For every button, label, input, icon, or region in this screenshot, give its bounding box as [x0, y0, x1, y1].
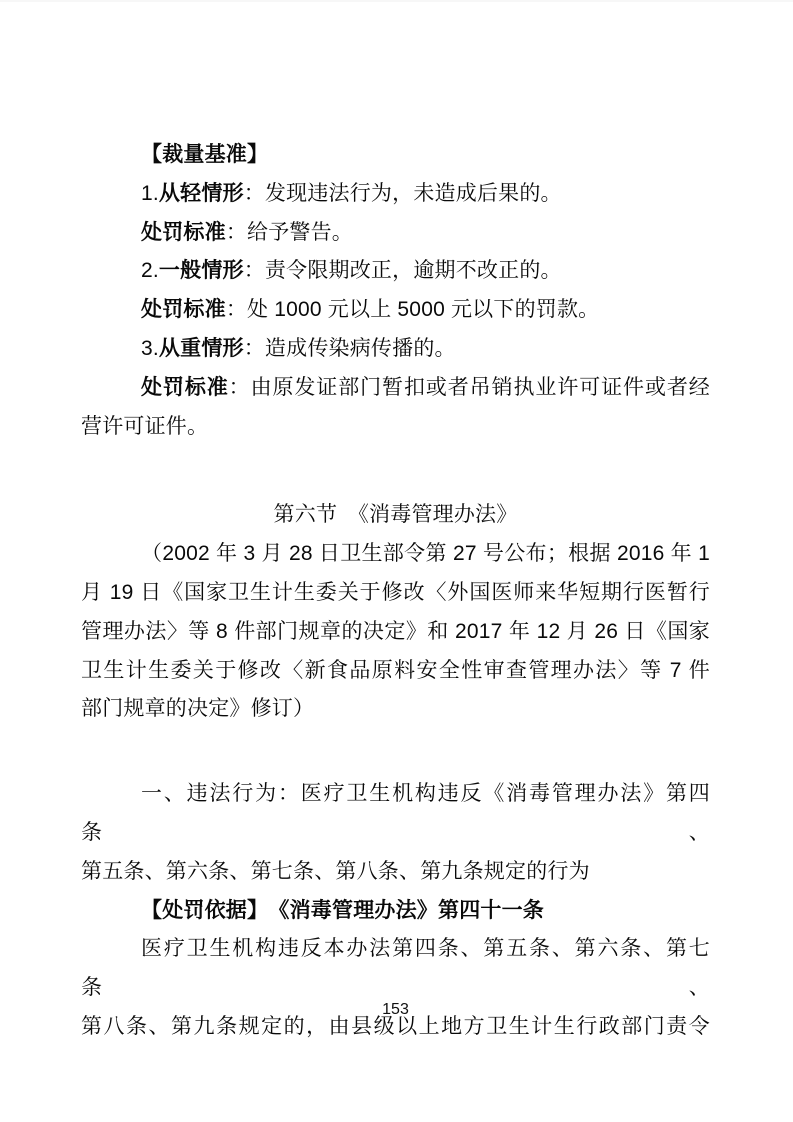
penalty-standard-3: 处罚标准：由原发证部门暂扣或者吊销执业许可证件或者经: [81, 369, 710, 408]
text-run: 第五条、第六条、第七条、第八条、第九条规定的行为: [81, 860, 590, 883]
text-run: 部门规章的决定》修订）: [81, 697, 314, 720]
text-run: ：由原发证部门暂扣或者吊销执业许可证件或者经: [229, 376, 710, 399]
document-body: 【裁量基准】1.从轻情形：发现违法行为，未造成后果的。处罚标准：给予警告。2.一…: [81, 136, 710, 1047]
text-run: 3.: [141, 337, 159, 360]
page-top-edge: [0, 0, 793, 2]
text-run: ：处 1000 元以上 5000 元以下的罚款。: [226, 298, 600, 321]
violation-line-1: 一、违法行为：医疗卫生机构违反《消毒管理办法》第四条、: [81, 775, 710, 853]
document-page: 【裁量基准】1.从轻情形：发现违法行为，未造成后果的。处罚标准：给予警告。2.一…: [0, 0, 793, 1122]
basis-body-line-1: 医疗卫生机构违反本办法第四条、第五条、第六条、第七条、: [81, 930, 710, 1008]
bold-text-run: 【处罚依据】 《消毒管理办法》第四十一条: [141, 899, 544, 922]
promulgation-note-line-4: 卫生计生委关于修改〈新食品原料安全性审查管理办法〉等 7 件: [81, 652, 710, 691]
text-run: 1.: [141, 182, 159, 205]
item-3-severe: 3.从重情形：造成传染病传播的。: [81, 330, 710, 369]
text-run: 一、违法行为：医疗卫生机构违反《消毒管理办法》第四条、: [81, 782, 710, 844]
text-run: ：给予警告。: [226, 221, 353, 244]
promulgation-note-line-5: 部门规章的决定》修订）: [81, 690, 710, 729]
penalty-basis-heading: 【处罚依据】 《消毒管理办法》第四十一条: [81, 892, 710, 931]
text-run: 卫生计生委关于修改〈新食品原料安全性审查管理办法〉等 7 件: [81, 659, 710, 682]
text-run: （2002 年 3 月 28 日卫生部令第 27 号公布；根据 2016 年 1: [141, 542, 710, 565]
violation-line-2: 第五条、第六条、第七条、第八条、第九条规定的行为: [81, 853, 710, 892]
text-run: 月 19 日《国家卫生计生委关于修改〈外国医师来华短期行医暂行: [81, 581, 710, 604]
text-run: 营许可证件。: [81, 415, 208, 438]
section-title: 第六节 《消毒管理办法》: [81, 496, 710, 535]
page-number: 153: [81, 1000, 710, 1020]
bold-text-run: 一般情形: [159, 259, 244, 282]
penalty-standard-3-cont: 营许可证件。: [81, 408, 710, 447]
text-run: 管理办法〉等 8 件部门规章的决定》和 2017 年 12 月 26 日《国家: [81, 620, 710, 643]
bold-text-run: 处罚标准: [141, 298, 226, 321]
bold-text-run: 处罚标准: [141, 376, 229, 399]
text-run: ：发现违法行为，未造成后果的。: [244, 182, 562, 205]
text-run: 医疗卫生机构违反本办法第四条、第五条、第六条、第七条、: [81, 937, 710, 999]
item-1-lenient: 1.从轻情形：发现违法行为，未造成后果的。: [81, 175, 710, 214]
text-run: ：责令限期改正，逾期不改正的。: [244, 259, 562, 282]
discretion-heading: 【裁量基准】: [81, 136, 710, 175]
bold-text-run: 从轻情形: [159, 182, 244, 205]
bold-text-run: 从重情形: [159, 337, 244, 360]
promulgation-note-line-2: 月 19 日《国家卫生计生委关于修改〈外国医师来华短期行医暂行: [81, 574, 710, 613]
text-run: ：造成传染病传播的。: [244, 337, 456, 360]
text-run: 第六节 《消毒管理办法》: [274, 503, 518, 526]
promulgation-note-line-1: （2002 年 3 月 28 日卫生部令第 27 号公布；根据 2016 年 1: [81, 535, 710, 574]
bold-text-run: 【裁量基准】: [141, 143, 268, 166]
item-2-general: 2.一般情形：责令限期改正，逾期不改正的。: [81, 252, 710, 291]
bold-text-run: 处罚标准: [141, 221, 226, 244]
text-run: 2.: [141, 259, 159, 282]
penalty-standard-2: 处罚标准：处 1000 元以上 5000 元以下的罚款。: [81, 291, 710, 330]
promulgation-note-line-3: 管理办法〉等 8 件部门规章的决定》和 2017 年 12 月 26 日《国家: [81, 613, 710, 652]
penalty-standard-1: 处罚标准：给予警告。: [81, 214, 710, 253]
